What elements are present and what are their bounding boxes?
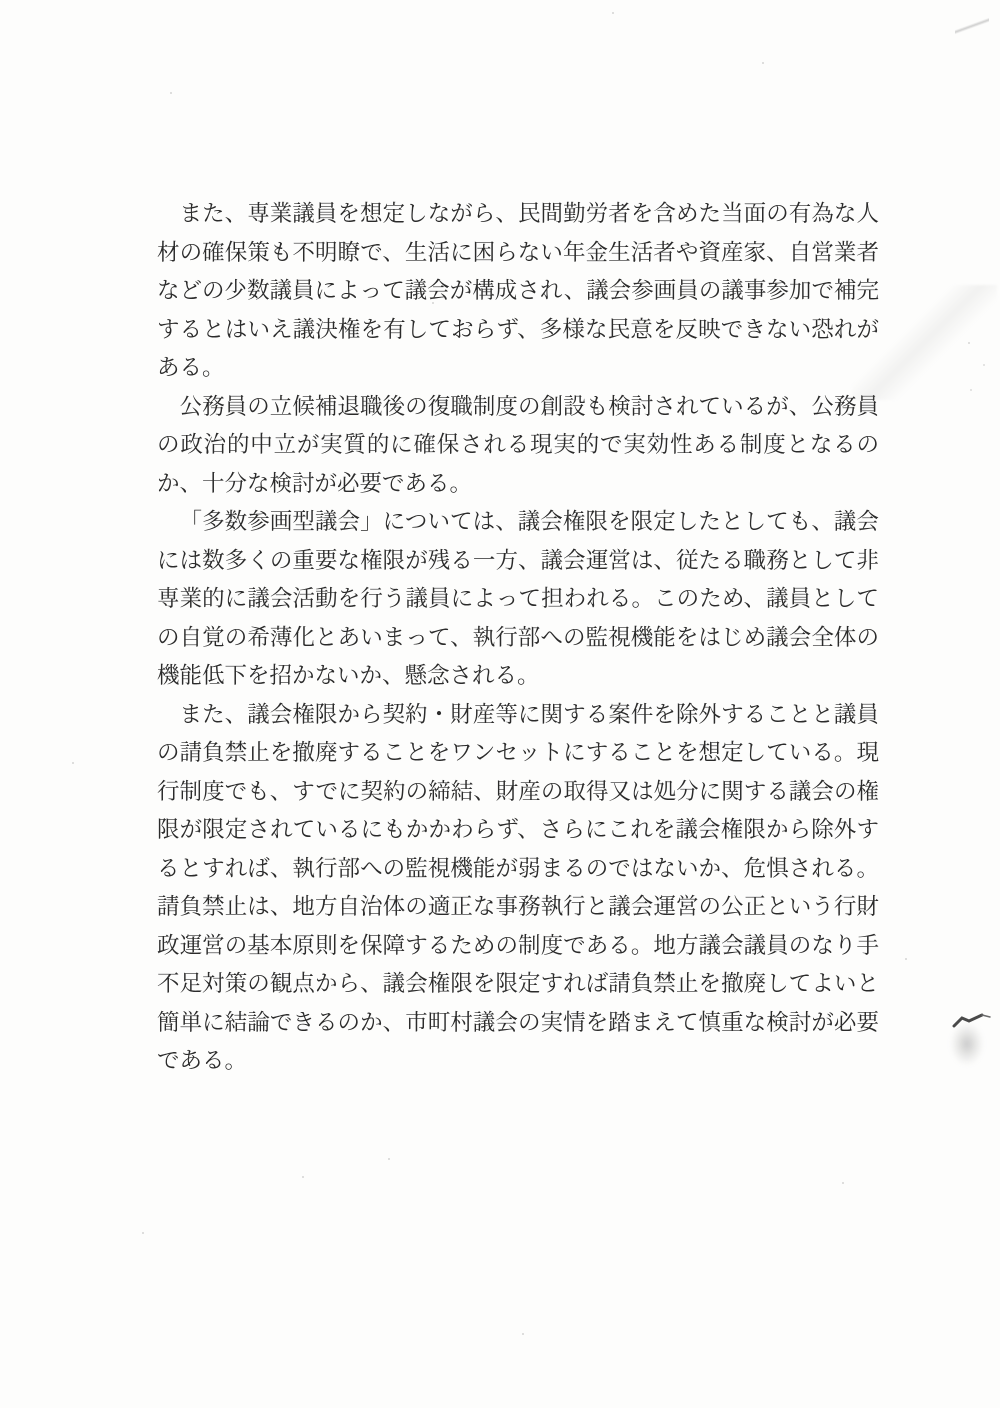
paragraph-1: また、専業議員を想定しながら、民間勤労者を含めた当面の有為な人材の確保策も不明瞭… (157, 195, 879, 388)
paragraph-4: また、議会権限から契約・財産等に関する案件を除外することと議員の請負禁止を撤廃す… (157, 696, 879, 1081)
scan-smudge-artifact (852, 285, 997, 400)
scan-mark-artifact (948, 1008, 1000, 1070)
scan-smear (950, 1022, 984, 1066)
document-text-block: また、専業議員を想定しながら、民間勤労者を含めた当面の有為な人材の確保策も不明瞭… (157, 195, 879, 1081)
paragraph-3: 「多数参画型議会」については、議会権限を限定したとしても、議会には数多くの重要な… (157, 503, 879, 696)
paragraph-2: 公務員の立候補退職後の復職制度の創設も検討されているが、公務員の政治的中立が実質… (157, 388, 879, 504)
scan-scratch-artifact (955, 3, 989, 49)
scanned-document-page: また、専業議員を想定しながら、民間勤労者を含めた当面の有為な人材の確保策も不明瞭… (0, 0, 1000, 1408)
